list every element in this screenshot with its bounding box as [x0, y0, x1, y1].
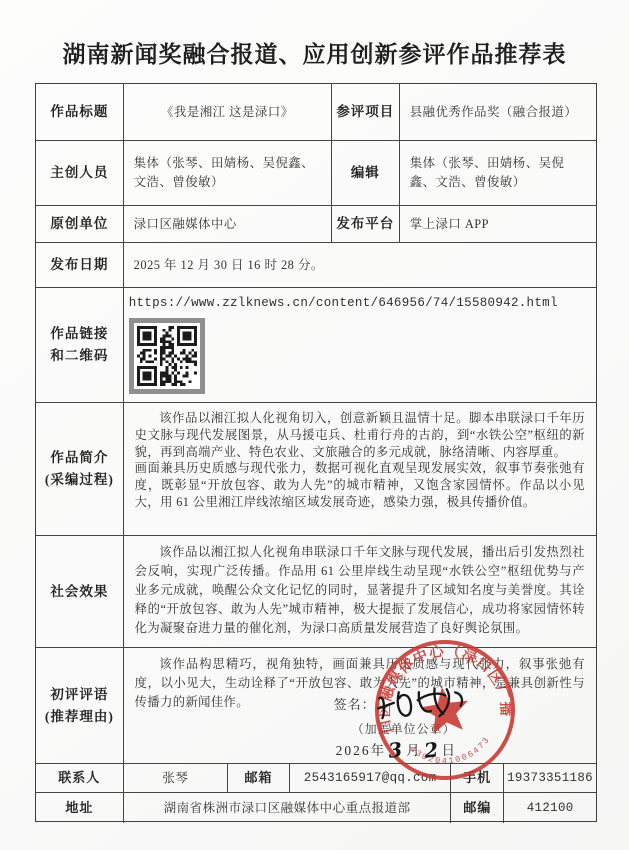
publish-date-label: 发布日期	[36, 243, 124, 287]
review-comment-cell: 该作品构思精巧，视角独特，画面兼具历史质感与现代张力，叙事张弛有度，以小见大，生…	[124, 648, 596, 763]
address-value: 湖南省株洲市渌口区融媒体中心重点报道部	[124, 793, 452, 823]
social-effect-text: 该作品以湘江拟人化视角串联渌口千年文脉与现代发展，播出后引发热烈社会反响，实现广…	[124, 536, 596, 647]
table-row: 地址 湖南省株洲市渌口区融媒体中心重点报道部 邮编 412100	[36, 793, 596, 823]
zipcode-value: 412100	[504, 793, 596, 823]
date-day-char: 日	[442, 743, 458, 758]
date-month-char: 月	[406, 743, 422, 758]
handwritten-signature	[374, 684, 469, 722]
work-url: https://www.zzlknews.cn/content/646956/7…	[124, 288, 596, 310]
publish-platform-value: 掌上渌口 APP	[400, 206, 596, 242]
table-row: 原创单位 渌口区融媒体中心 发布平台 掌上渌口 APP	[36, 206, 596, 243]
work-link-label: 作品链接 和二维码	[36, 288, 124, 402]
handwritten-day-digit: 2	[422, 737, 441, 763]
editor-label: 编辑	[332, 141, 400, 205]
address-label: 地址	[36, 793, 124, 823]
table-row: 主创人员 集体（张琴、田婧杨、吴倪鑫、文浩、曾俊敏） 编辑 集体（张琴、田婧杨、…	[36, 141, 596, 206]
contact-label: 联系人	[36, 764, 124, 792]
scanned-recommendation-form: { "page": { "title": "湖南新闻奖融合报道、应用创新参评作品…	[0, 0, 629, 850]
contact-name: 张琴	[124, 764, 229, 792]
work-title-label: 作品标题	[36, 84, 124, 140]
original-unit-label: 原创单位	[36, 206, 124, 242]
handwritten-month-digit: 3	[387, 737, 406, 763]
publish-platform-label: 发布平台	[332, 206, 400, 242]
entry-category-value: 县融优秀作品奖（融合报道）	[400, 84, 596, 140]
work-title-value: 《我是湘江 这是渌口》	[124, 84, 332, 140]
editor-value: 集体（张琴、田婧杨、吴倪鑫、文浩、曾俊敏）	[400, 141, 596, 205]
social-effect-paragraph: 该作品以湘江拟人化视角串联渌口千年文脉与现代发展，播出后引发热烈社会反响，实现广…	[135, 543, 585, 638]
table-row: 发布日期 2025 年 12 月 30 日 16 时 28 分。	[36, 243, 596, 288]
publish-date-value: 2025 年 12 月 30 日 16 时 28 分。	[124, 243, 596, 287]
synopsis-text: 该作品以湘江拟人化视角切入，创意新颖且温情十足。脚本串联渌口千年历史文脉与现代发…	[124, 403, 596, 535]
qr-code-icon	[129, 318, 205, 394]
original-unit-value: 渌口区融媒体中心	[124, 206, 332, 242]
date-year: 2026年	[336, 743, 387, 758]
work-link-cell: https://www.zzlknews.cn/content/646956/7…	[124, 288, 596, 402]
social-effect-label: 社会效果	[36, 536, 124, 647]
page-title: 湖南新闻奖融合报道、应用创新参评作品推荐表	[0, 36, 629, 69]
review-comment-label: 初评评语 (推荐理由)	[36, 648, 124, 763]
email-label: 邮箱	[228, 764, 290, 792]
table-row: 作品标题 《我是湘江 这是渌口》 参评项目 县融优秀作品奖（融合报道）	[36, 84, 596, 141]
table-row: 作品简介 (采编过程) 该作品以湘江拟人化视角切入，创意新颖且温情十足。脚本串联…	[36, 403, 596, 536]
creators-label: 主创人员	[36, 141, 124, 205]
table-row: 作品链接 和二维码 https://www.zzlknews.cn/conten…	[36, 288, 596, 403]
synopsis-label: 作品简介 (采编过程)	[36, 403, 124, 535]
entry-category-label: 参评项目	[332, 84, 400, 140]
review-date: 2026年3月2日	[336, 736, 457, 760]
table-row: 社会效果 该作品以湘江拟人化视角串联渌口千年文脉与现代发展，播出后引发热烈社会反…	[36, 536, 596, 648]
signature-label: 签名：	[334, 694, 376, 713]
synopsis-paragraph-2: 画面兼具历史质感与现代张力，数据可视化直观呈现发展实效，叙事节奏张弛有度，既彰显…	[135, 460, 585, 510]
zipcode-label: 邮编	[451, 793, 504, 823]
synopsis-paragraph-1: 该作品以湘江拟人化视角切入，创意新颖且温情十足。脚本串联渌口千年历史文脉与现代发…	[135, 410, 585, 460]
creators-value: 集体（张琴、田婧杨、吴倪鑫、文浩、曾俊敏）	[124, 141, 332, 205]
